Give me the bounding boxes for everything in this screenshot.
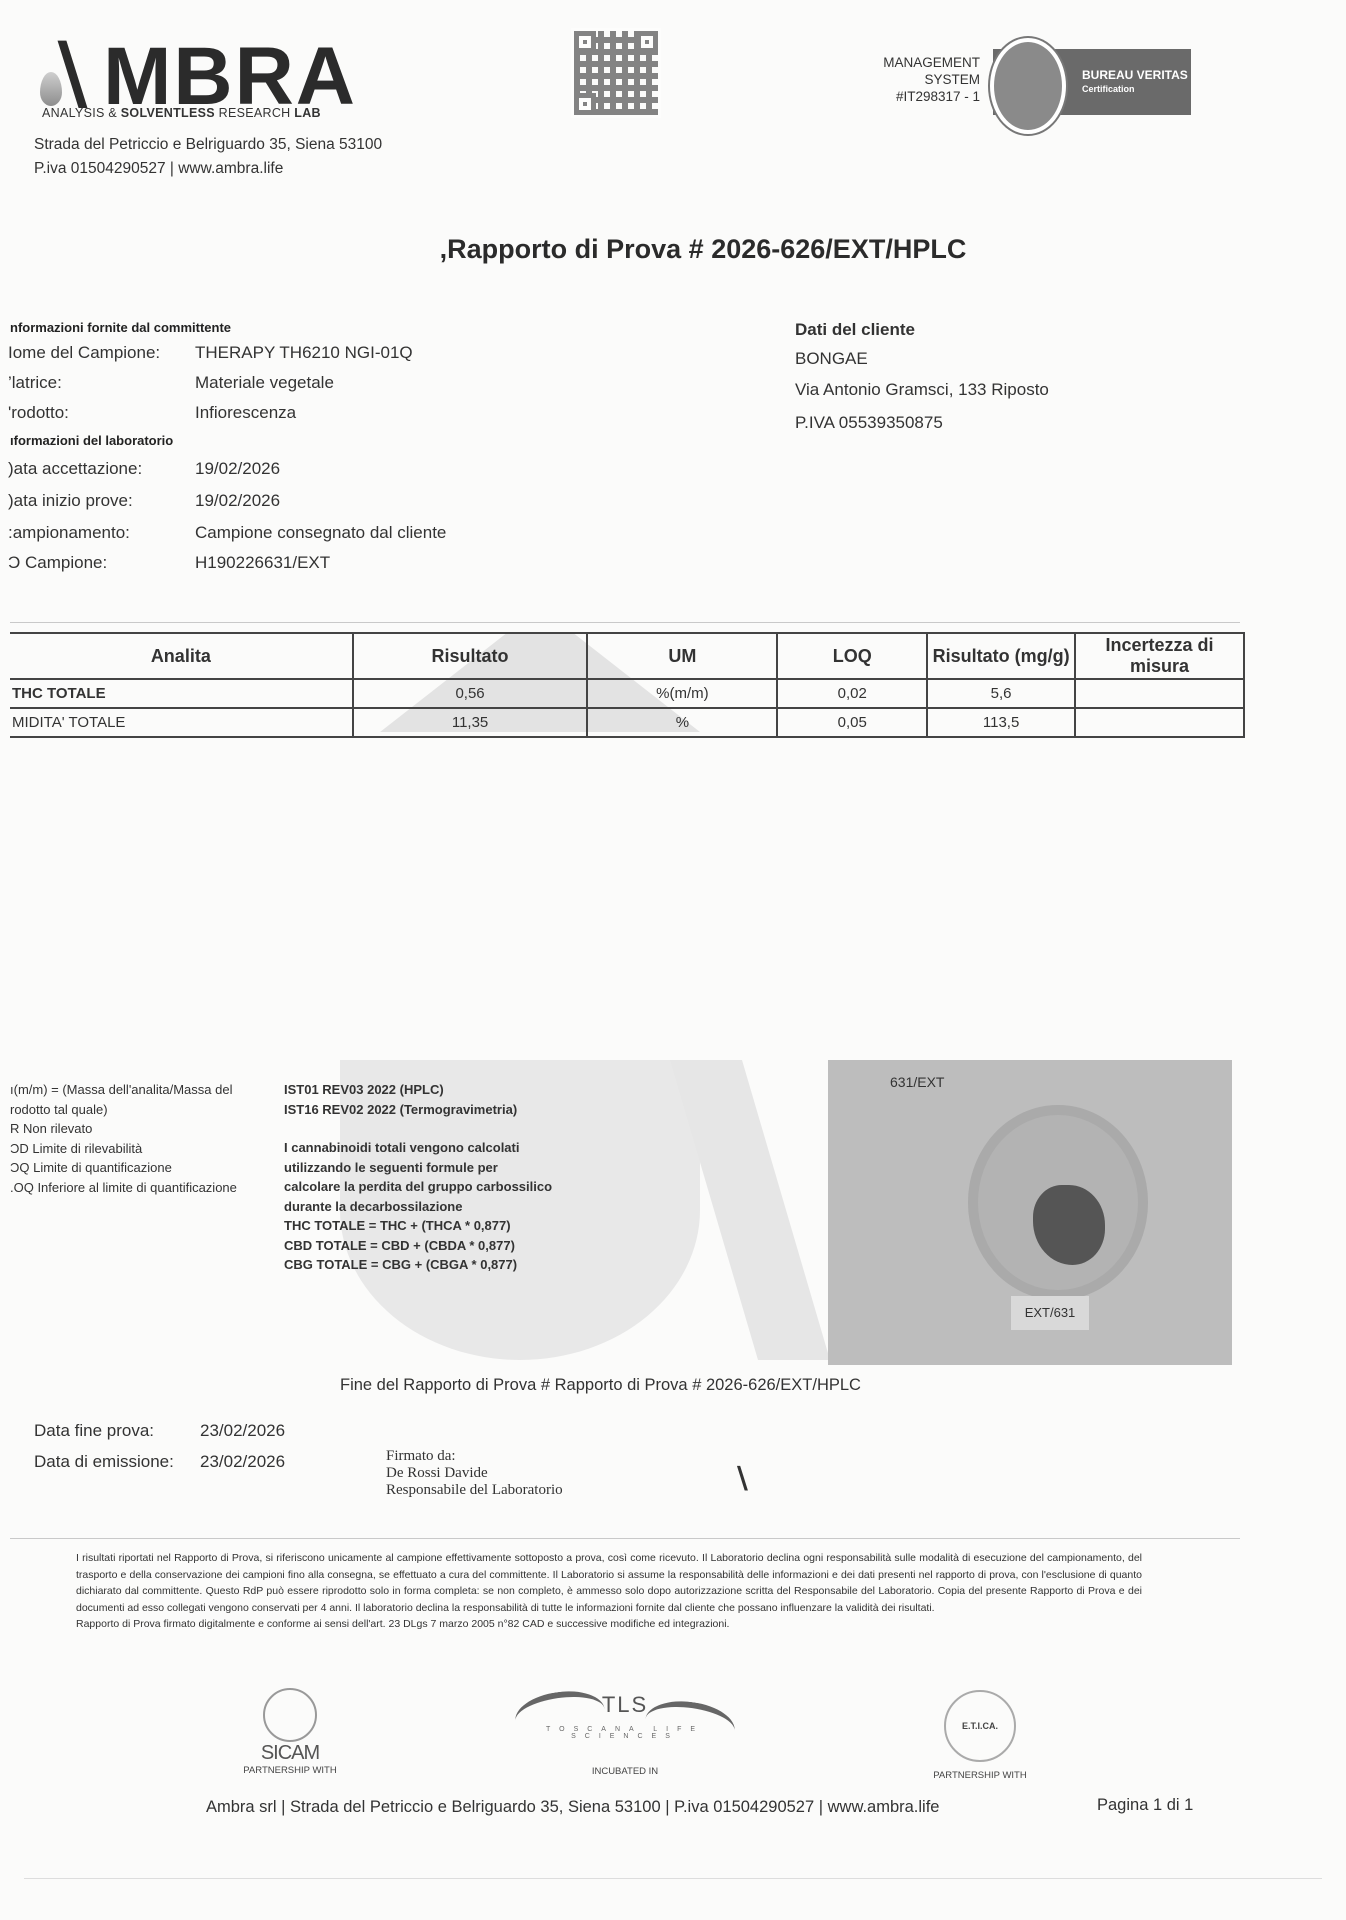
legend-line: ƆD Limite di rilevabilità: [10, 1139, 237, 1159]
table-cell: MIDITA' TOTALE: [10, 708, 353, 737]
section-divider: [10, 622, 1240, 623]
bureau-veritas-text: BUREAU VERITAS Certification: [1082, 68, 1188, 96]
bureau-veritas-seal-icon: [990, 38, 1066, 134]
logo-tagline: ANALYSIS & SOLVENTLESS RESEARCH LAB: [42, 106, 321, 120]
disclaimer-text: I risultati riportati nel Rapporto di Pr…: [76, 1550, 1142, 1616]
sicam-logo-icon: [263, 1688, 317, 1742]
column-header: LOQ: [777, 633, 927, 679]
lab-info-label: )ata accettazione:: [8, 459, 142, 479]
sample-info-label: ’latrice:: [8, 373, 62, 393]
legend-line: R Non rilevato: [10, 1119, 237, 1139]
end-date-label: Data fine prova:: [34, 1421, 154, 1441]
column-header: Risultato (mg/g): [927, 633, 1075, 679]
lab-info-label: Ɔ Campione:: [8, 553, 107, 573]
lab-address: Strada del Petriccio e Belriguardo 35, S…: [34, 136, 382, 154]
photo-label-tag: EXT/631: [1011, 1296, 1089, 1330]
management-system-label: MANAGEMENT SYSTEM #IT298317 - 1: [870, 54, 980, 105]
legend-notes: ı(m/m) = (Massa dell'analita/Massa delro…: [10, 1080, 237, 1197]
footer-divider: [24, 1878, 1322, 1879]
formula-line: CBD TOTALE = CBD + (CBDA * 0,877): [284, 1236, 554, 1256]
sample-photo: 631/EXT EXT/631: [828, 1060, 1232, 1365]
lab-info-value: 19/02/2026: [195, 459, 280, 479]
end-date-value: 23/02/2026: [200, 1421, 285, 1441]
lab-info-label: :ampionamento:: [8, 523, 130, 543]
partner-caption: PARTNERSHIP WITH: [925, 1770, 1035, 1781]
table-cell: %(m/m): [587, 679, 777, 708]
sample-info-label: Іome del Campione:: [8, 343, 160, 363]
footer-company-info: Ambra srl | Strada del Petriccio e Belri…: [206, 1798, 939, 1817]
formula-line: THC TOTALE = THC + (THCA * 0,877): [284, 1216, 554, 1236]
digital-signature-note: Rapporto di Prova firmato digitalmente e…: [76, 1616, 1142, 1633]
legend-line: ƆQ Limite di quantificazione: [10, 1158, 237, 1178]
partner-caption: INCUBATED IN: [510, 1766, 740, 1777]
partner-tls: TLS TOSCANA LIFE SCIENCES INCUBATED IN: [510, 1688, 740, 1788]
page-number: Pagina 1 di 1: [1097, 1796, 1193, 1815]
table-cell: 0,05: [777, 708, 927, 737]
method-line: IST16 REV02 2022 (Termogravimetria): [284, 1100, 554, 1120]
legend-line: .OQ Inferiore al limite di quantificazio…: [10, 1178, 237, 1198]
section-divider: [10, 1538, 1240, 1539]
report-title: ,Rapporto di Prova # 2026-626/EXT/HPLC: [0, 234, 1346, 265]
signed-by-label: Firmato da:: [386, 1448, 563, 1465]
table-row: THC TOTALE0,56%(m/m)0,025,6: [10, 679, 1244, 708]
table-cell: [1075, 708, 1244, 737]
cert-line: MANAGEMENT: [870, 54, 980, 71]
signer-name: De Rossi Davide: [386, 1465, 563, 1482]
column-header: Analita: [10, 633, 353, 679]
lab-info-value: Campione consegnato dal cliente: [195, 523, 446, 543]
etica-logo-icon: E.T.I.CA.: [944, 1690, 1016, 1762]
lab-info-label: )ata inizio prove:: [8, 491, 133, 511]
partner-etica: E.T.I.CA. PARTNERSHIP WITH: [925, 1690, 1035, 1781]
signature-block: Firmato da: De Rossi Davide Responsabile…: [386, 1448, 563, 1499]
qr-code-icon[interactable]: [571, 28, 661, 118]
table-cell: 0,56: [353, 679, 588, 708]
sample-info-value: Materiale vegetale: [195, 373, 334, 393]
table-cell: THC TOTALE: [10, 679, 353, 708]
qr-finder: [574, 93, 596, 115]
client-name: BONGAE: [795, 349, 868, 369]
client-address: Via Antonio Gramsci, 133 Riposto: [795, 380, 1049, 400]
qr-finder: [574, 31, 596, 53]
issue-date-value: 23/02/2026: [200, 1452, 285, 1472]
sample-info-label: 'rodotto:: [8, 403, 69, 423]
laboratorio-heading: ıformazioni del laboratorio: [10, 433, 173, 448]
disclaimer: I risultati riportati nel Rapporto di Pr…: [76, 1550, 1142, 1633]
sample-info-value: THERAPY TH6210 NGI-01Q: [195, 343, 413, 363]
results-table: AnalitaRisultatoUMLOQRisultato (mg/g)Inc…: [10, 632, 1245, 738]
table-row: MIDITA' TOTALE11,35%0,05113,5: [10, 708, 1244, 737]
sample-info-value: Infiorescenza: [195, 403, 296, 423]
client-vat: P.IVA 05539350875: [795, 413, 943, 433]
table-cell: [1075, 679, 1244, 708]
issue-date-label: Data di emissione:: [34, 1452, 174, 1472]
partner-name: SICAM: [240, 1742, 340, 1765]
cert-number: #IT298317 - 1: [870, 88, 980, 105]
partner-caption: PARTNERSHIP WITH: [240, 1765, 340, 1776]
partner-subtitle: TOSCANA LIFE SCIENCES: [510, 1726, 740, 1740]
qr-finder: [636, 31, 658, 53]
table-cell: 5,6: [927, 679, 1075, 708]
cert-line: SYSTEM: [870, 71, 980, 88]
column-header: Risultato: [353, 633, 588, 679]
lab-info-value: H190226631/EXT: [195, 553, 330, 573]
committente-heading: nformazioni fornite dal committente: [10, 320, 231, 335]
partner-sicam: SICAM PARTNERSHIP WITH: [240, 1688, 340, 1776]
legend-line: ı(m/m) = (Massa dell'analita/Massa del: [10, 1080, 237, 1100]
photo-label-top: 631/EXT: [890, 1074, 944, 1090]
methods-notes: IST01 REV03 2022 (HPLC)IST16 REV02 2022 …: [284, 1080, 554, 1275]
formula-line: CBG TOTALE = CBG + (CBGA * 0,877): [284, 1255, 554, 1275]
column-header: Incertezza di misura: [1075, 633, 1244, 679]
client-heading: Dati del cliente: [795, 320, 915, 340]
table-cell: 0,02: [777, 679, 927, 708]
table-cell: 11,35: [353, 708, 588, 737]
signer-role: Responsabile del Laboratorio: [386, 1482, 563, 1499]
ambra-mini-logo-icon: ∖: [732, 1462, 753, 1497]
lab-info-value: 19/02/2026: [195, 491, 280, 511]
table-cell: %: [587, 708, 777, 737]
partner-name: TLS: [510, 1692, 740, 1718]
lab-vat-website: P.iva 01504290527 | www.ambra.life: [34, 160, 283, 178]
column-header: UM: [587, 633, 777, 679]
end-of-report-note: Fine del Rapporto di Prova # Rapporto di…: [340, 1376, 861, 1395]
method-line: IST01 REV03 2022 (HPLC): [284, 1080, 554, 1100]
cannabinoid-note: I cannabinoidi totali vengono calcolati …: [284, 1138, 554, 1216]
legend-line: rodotto tal quale): [10, 1100, 237, 1120]
table-cell: 113,5: [927, 708, 1075, 737]
